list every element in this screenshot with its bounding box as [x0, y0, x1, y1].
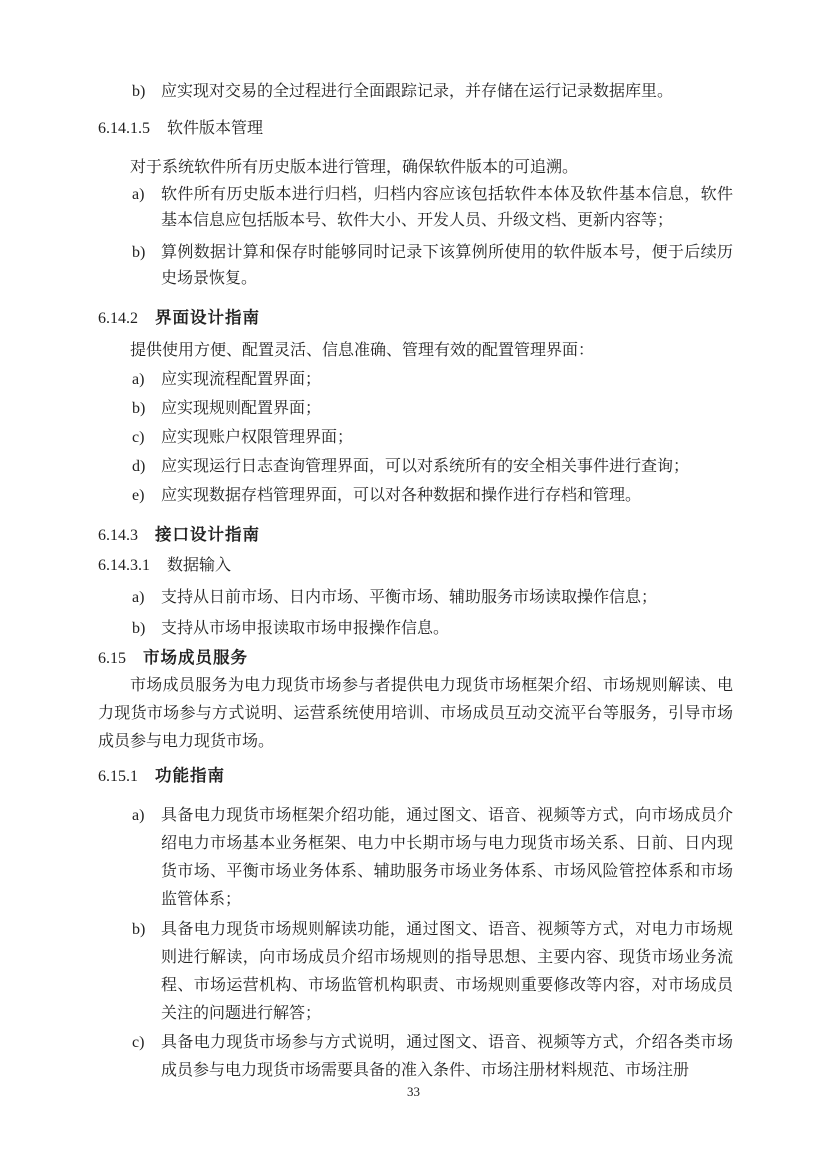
list-item-label: a) [132, 366, 161, 394]
heading-number: 6.15.1 [98, 768, 138, 785]
list-item-text: 应实现流程配置界面； [161, 366, 733, 394]
list-item-text: 应实现运行日志查询管理界面，可以对系统所有的安全相关事件进行查询； [161, 453, 733, 481]
heading-number: 6.14.3.1 [98, 557, 150, 574]
paragraph-6-15: 市场成员服务为电力现货市场参与者提供电力现货市场框架介绍、市场规则解读、电力现货… [98, 672, 733, 756]
heading-number: 6.14.3 [98, 527, 138, 544]
heading-6-14-1-5: 6.14.1.5 软件版本管理 [98, 115, 733, 143]
list-item-label: a) [132, 802, 161, 914]
heading-number: 6.15 [98, 650, 126, 667]
list-item-a: a) 具备电力现货市场框架介绍功能，通过图文、语音、视频等方式，向市场成员介绍电… [98, 802, 733, 914]
heading-6-14-3-1: 6.14.3.1 数据输入 [98, 552, 733, 580]
list-item-text: 具备电力现货市场参与方式说明，通过图文、语音、视频等方式，介绍各类市场成员参与电… [161, 1029, 733, 1085]
list-item-text: 应实现对交易的全过程进行全面跟踪记录，并存储在运行记录数据库里。 [161, 78, 733, 106]
list-item-text: 支持从市场申报读取市场申报操作信息。 [161, 615, 733, 643]
heading-number: 6.14.1.5 [98, 120, 150, 137]
list-item-label: b) [132, 916, 161, 1028]
heading-6-15-1: 6.15.1 功能指南 [98, 762, 733, 791]
document-page: b) 应实现对交易的全过程进行全面跟踪记录，并存储在运行记录数据库里。 6.14… [0, 0, 827, 1169]
heading-title: 市场成员服务 [143, 649, 248, 667]
paragraph-6-14-2: 提供使用方便、配置灵活、信息准确、管理有效的配置管理界面： [98, 337, 733, 365]
list-item-c: c) 具备电力现货市场参与方式说明，通过图文、语音、视频等方式，介绍各类市场成员… [98, 1029, 733, 1085]
heading-title: 数据输入 [167, 557, 231, 574]
list-item-b: b) 算例数据计算和保存时能够同时记录下该算例所使用的软件版本号，便于后续历史场… [98, 240, 733, 292]
list-item-b: b) 具备电力现货市场规则解读功能，通过图文、语音、视频等方式，对电力市场规则进… [98, 916, 733, 1028]
list-item-text: 支持从日前市场、日内市场、平衡市场、辅助服务市场读取操作信息； [161, 584, 733, 612]
list-item-label: a) [132, 584, 161, 612]
list-item-label: c) [132, 424, 161, 452]
list-item-text: 算例数据计算和保存时能够同时记录下该算例所使用的软件版本号，便于后续历史场景恢复… [161, 240, 733, 292]
page-number: 33 [0, 1084, 827, 1100]
list-item-text: 应实现数据存档管理界面，可以对各种数据和操作进行存档和管理。 [161, 482, 733, 510]
list-item-label: b) [132, 240, 161, 292]
list-item-text: 应实现规则配置界面； [161, 395, 733, 423]
heading-title: 软件版本管理 [167, 120, 263, 137]
list-item-label: a) [132, 182, 161, 234]
list-item-text: 软件所有历史版本进行归档，归档内容应该包括软件本体及软件基本信息，软件基本信息应… [161, 182, 733, 234]
list-item-label: b) [132, 395, 161, 423]
list-item-a: a) 应实现流程配置界面； [98, 366, 733, 394]
heading-6-15: 6.15 市场成员服务 [98, 644, 733, 673]
list-item-e: e) 应实现数据存档管理界面，可以对各种数据和操作进行存档和管理。 [98, 482, 733, 510]
list-item-text: 具备电力现货市场规则解读功能，通过图文、语音、视频等方式，对电力市场规则进行解读… [161, 916, 733, 1028]
heading-title: 界面设计指南 [155, 309, 260, 327]
list-item-label: c) [132, 1029, 161, 1085]
list-item-label: d) [132, 453, 161, 481]
list-item-label: e) [132, 482, 161, 510]
list-item-label: b) [132, 615, 161, 643]
list-item-text: 应实现账户权限管理界面； [161, 424, 733, 452]
list-item-b: b) 应实现规则配置界面； [98, 395, 733, 423]
list-item-label: b) [132, 78, 161, 106]
list-item-carryover-b: b) 应实现对交易的全过程进行全面跟踪记录，并存储在运行记录数据库里。 [98, 78, 733, 106]
list-item-text: 具备电力现货市场框架介绍功能，通过图文、语音、视频等方式，向市场成员介绍电力市场… [161, 802, 733, 914]
heading-number: 6.14.2 [98, 310, 138, 327]
list-item-b: b) 支持从市场申报读取市场申报操作信息。 [98, 615, 733, 643]
heading-6-14-3: 6.14.3 接口设计指南 [98, 521, 733, 550]
list-item-a: a) 支持从日前市场、日内市场、平衡市场、辅助服务市场读取操作信息； [98, 584, 733, 612]
list-item-a: a) 软件所有历史版本进行归档，归档内容应该包括软件本体及软件基本信息，软件基本… [98, 182, 733, 234]
heading-6-14-2: 6.14.2 界面设计指南 [98, 304, 733, 333]
list-item-c: c) 应实现账户权限管理界面； [98, 424, 733, 452]
heading-title: 功能指南 [155, 767, 225, 785]
list-item-d: d) 应实现运行日志查询管理界面，可以对系统所有的安全相关事件进行查询； [98, 453, 733, 481]
paragraph-6-14-1-5: 对于系统软件所有历史版本进行管理，确保软件版本的可追溯。 [98, 154, 733, 182]
heading-title: 接口设计指南 [155, 526, 260, 544]
